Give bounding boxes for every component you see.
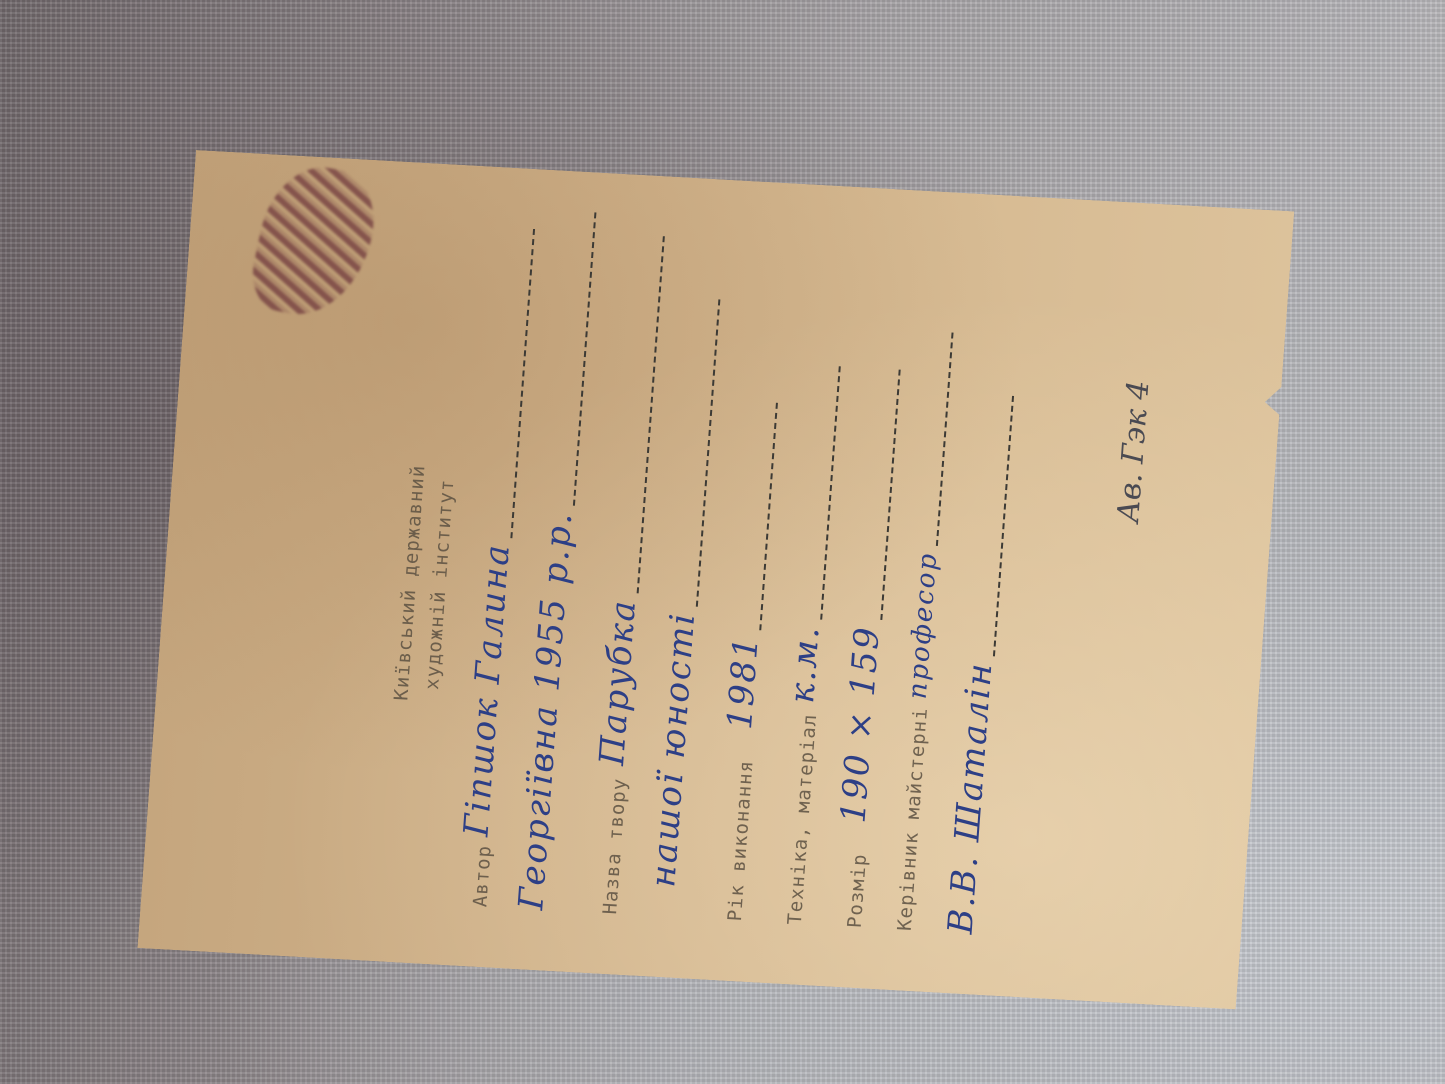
field-value: Георгіївна 1955 р.р.	[511, 510, 580, 911]
paper-label: Київський державний художній інститут Ав…	[137, 150, 1294, 1009]
dashed-line	[759, 403, 778, 630]
institution-header: Київський державний художній інститут	[376, 322, 474, 844]
field-value: В.В. Шаталін	[941, 661, 1001, 935]
dashed-line	[880, 370, 900, 621]
dashed-line	[820, 366, 841, 620]
dashed-line	[510, 229, 535, 538]
field-label: Рік виконання	[724, 759, 758, 922]
stamp-smudge	[245, 158, 384, 326]
field-value: Гіпшок Галина	[456, 542, 517, 838]
field-value: Парубка	[592, 598, 644, 767]
field-value: 1981	[720, 634, 767, 731]
field-value: 190 × 159	[833, 625, 887, 825]
pencil-inventory-note: Ав. Гэк 4	[1111, 380, 1156, 524]
label-text-panel: Київський державний художній інститут Ав…	[137, 150, 1294, 1009]
field-value: нашої юності	[643, 611, 703, 889]
dashed-line	[573, 212, 597, 506]
field-label: Назва твору	[599, 777, 631, 915]
dashed-line	[637, 236, 665, 594]
dashed-line	[993, 396, 1014, 657]
field-label: Керівник майстерні	[894, 707, 932, 932]
dashed-line	[936, 332, 954, 546]
field-value: к.м.	[782, 624, 828, 704]
field-value: професор	[903, 551, 944, 700]
field-label: Автор	[469, 844, 496, 907]
dashed-line	[696, 299, 721, 606]
field-supervisor-cont: В.В. Шаталін	[941, 394, 1020, 935]
field-label: Розмір	[844, 853, 871, 929]
field-label: Техніка, матеріал	[784, 713, 821, 925]
